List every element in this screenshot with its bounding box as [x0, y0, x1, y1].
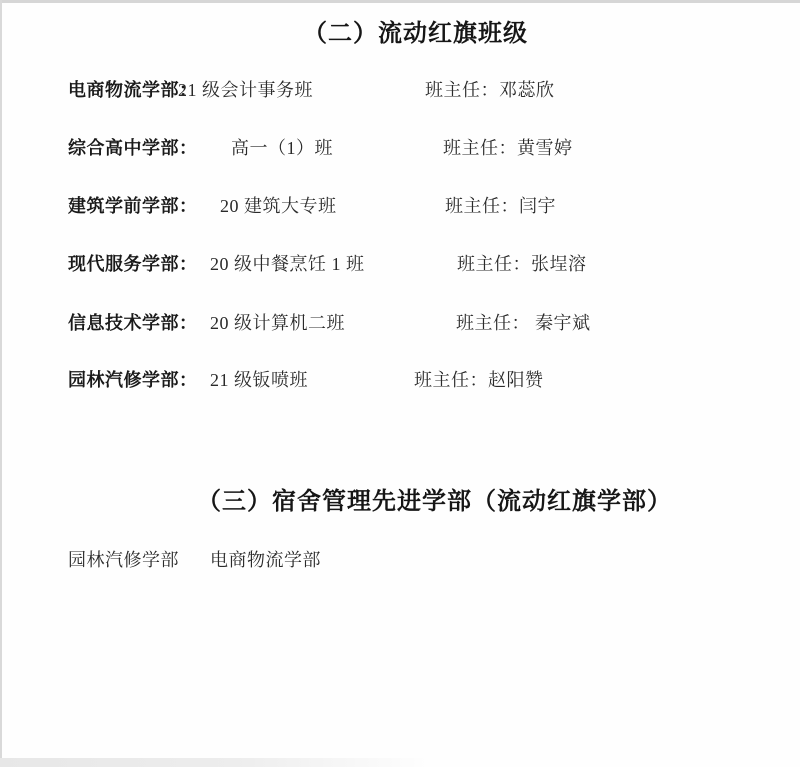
teacher-name: 班主任：邓蕊欣	[425, 76, 555, 102]
teacher-name: 班主任：黄雪婷	[443, 134, 573, 160]
scan-artifact-top-edge	[0, 0, 800, 3]
dept-item: 电商物流学部	[210, 546, 321, 572]
dept-label: 现代服务学部：	[68, 250, 198, 276]
class-name: 21 级钣喷班	[210, 366, 308, 392]
class-name: 20 级中餐烹饪 1 班	[210, 250, 365, 276]
scan-artifact-bottom-shadow	[0, 758, 430, 767]
class-name: 20 建筑大专班	[220, 192, 337, 218]
award-row: 电商物流学部： 21 级会计事务班 班主任：邓蕊欣	[0, 76, 800, 100]
award-row: 信息技术学部： 20 级计算机二班 班主任： 秦宇斌	[0, 309, 800, 333]
dept-label: 园林汽修学部：	[68, 366, 198, 392]
class-name: 21 级会计事务班	[178, 76, 313, 102]
dept-label: 综合高中学部：	[68, 134, 198, 160]
dept-label: 信息技术学部：	[68, 309, 198, 335]
dorm-award-row: 园林汽修学部 电商物流学部	[0, 546, 800, 570]
teacher-name: 班主任：张埕溶	[457, 250, 587, 276]
class-name: 高一（1）班	[231, 134, 333, 160]
award-row: 建筑学前学部： 20 建筑大专班 班主任：闫宇	[0, 192, 800, 216]
teacher-name: 班主任： 秦宇斌	[456, 309, 591, 335]
dept-label: 建筑学前学部：	[68, 192, 198, 218]
teacher-name: 班主任：闫宇	[445, 192, 556, 218]
award-row: 综合高中学部： 高一（1）班 班主任：黄雪婷	[0, 134, 800, 158]
award-row: 园林汽修学部： 21 级钣喷班 班主任：赵阳赞	[0, 366, 800, 390]
section-3-title: （三）宿舍管理先进学部（流动红旗学部）	[197, 481, 672, 516]
award-row: 现代服务学部： 20 级中餐烹饪 1 班 班主任：张埕溶	[0, 250, 800, 274]
dept-item: 园林汽修学部	[68, 546, 179, 572]
class-name: 20 级计算机二班	[210, 309, 345, 335]
section-2-title: （二）流动红旗班级	[303, 13, 528, 48]
scanned-document-page: （二）流动红旗班级 电商物流学部： 21 级会计事务班 班主任：邓蕊欣 综合高中…	[0, 0, 800, 767]
teacher-name: 班主任：赵阳赞	[414, 366, 544, 392]
